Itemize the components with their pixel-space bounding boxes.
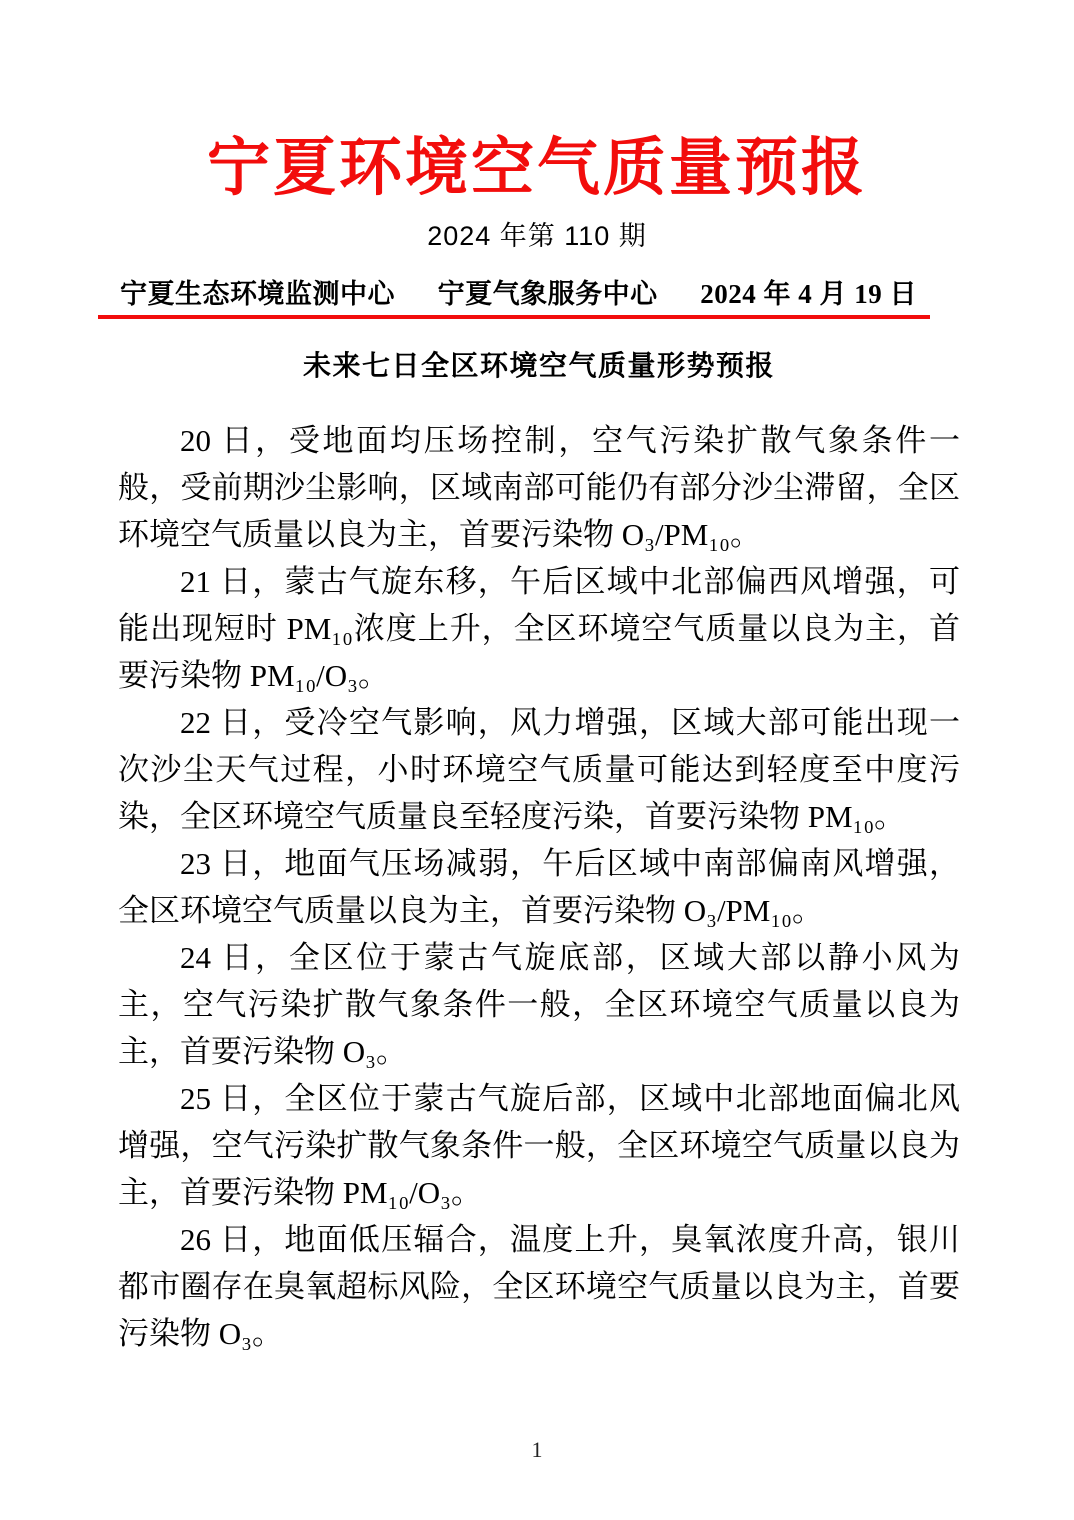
forecast-paragraph-day25: 25 日，全区位于蒙古气旋后部，区域中北部地面偏北风增强，空气污染扩散气象条件一… [118,1075,960,1216]
org-weather-service-center: 宁夏气象服务中心 [438,280,658,309]
forecast-paragraph-day23: 23 日，地面气压场减弱，午后区域中南部偏南风增强，全区环境空气质量以良为主，首… [118,840,960,934]
masthead-row: 宁夏生态环境监测中心 宁夏气象服务中心 2024 年 4 月 19 日 [98,280,930,319]
document-title: 宁夏环境空气质量预报 [0,0,1074,204]
document-page: 宁夏环境空气质量预报 2024 年第 110 期 宁夏生态环境监测中心 宁夏气象… [0,0,1074,1520]
publication-date: 2024 年 4 月 19 日 [700,280,917,309]
section-title: 未来七日全区环境空气质量形势预报 [118,351,960,381]
org-monitoring-center: 宁夏生态环境监测中心 [120,280,395,309]
page-number: 1 [0,1438,1074,1462]
forecast-paragraph-day24: 24 日，全区位于蒙古气旋底部，区域大部以静小风为主，空气污染扩散气象条件一般，… [118,934,960,1075]
forecast-body: 20 日，受地面均压场控制，空气污染扩散气象条件一般，受前期沙尘影响，区域南部可… [118,417,960,1357]
forecast-paragraph-day26: 26 日，地面低压辐合，温度上升，臭氧浓度升高，银川都市圈存在臭氧超标风险，全区… [118,1216,960,1357]
forecast-paragraph-day21: 21 日，蒙古气旋东移，午后区域中北部偏西风增强，可能出现短时 PM₁₀浓度上升… [118,558,960,699]
forecast-paragraph-day22: 22 日，受冷空气影响，风力增强，区域大部可能出现一次沙尘天气过程，小时环境空气… [118,699,960,840]
forecast-paragraph-day20: 20 日，受地面均压场控制，空气污染扩散气象条件一般，受前期沙尘影响，区域南部可… [118,417,960,558]
issue-number: 2024 年第 110 期 [0,220,1074,252]
